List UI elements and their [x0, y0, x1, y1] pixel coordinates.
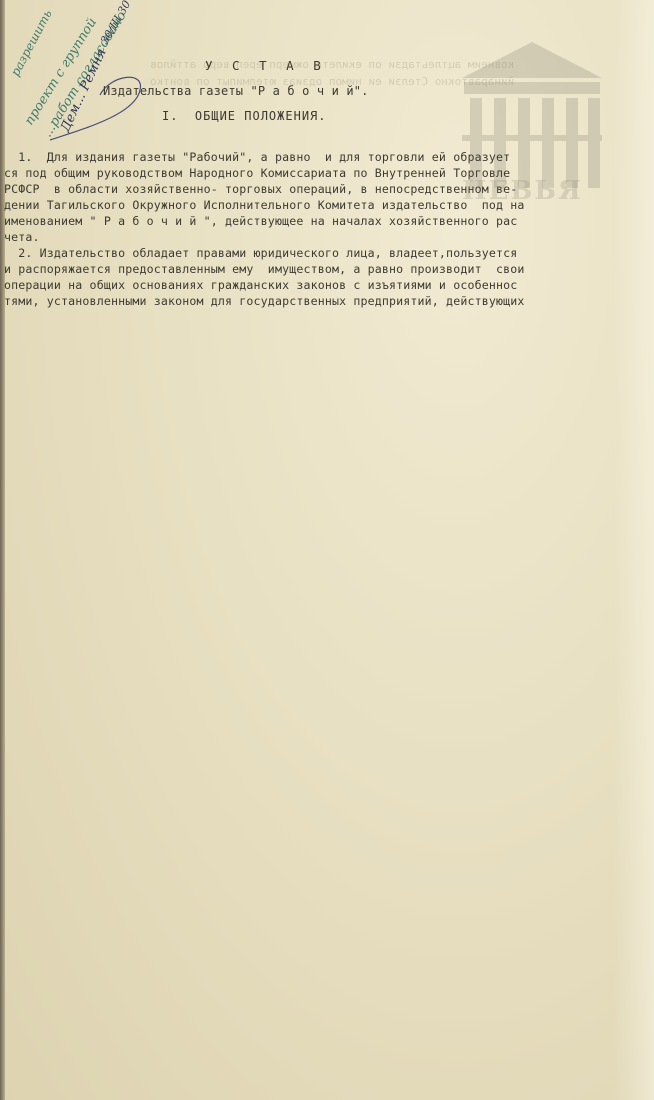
signature-loop-icon — [40, 70, 150, 150]
text-line: тями, установленными законом для государ… — [4, 294, 525, 308]
margin-note: разрешить — [8, 7, 55, 78]
document-page: ковнеим ацтлеьтадзи оп екилетс ожмерп ер… — [0, 0, 654, 1100]
page-right-shade — [614, 0, 654, 1100]
text-line: и распоряжается предоставленным ему имущ… — [4, 262, 525, 276]
text-line: ся под общим руководством Народного Коми… — [4, 166, 510, 180]
text-line: 2. Издательство обладает правами юридиче… — [4, 246, 517, 260]
date-note: 30/III 30 г. — [98, 0, 140, 47]
page-left-edge — [0, 0, 5, 1100]
text-line: чета. — [4, 230, 40, 244]
document-title: У С Т А В — [205, 58, 327, 73]
document-subtitle: Издательства газеты "Р а б о ч и й". — [103, 84, 369, 98]
text-line: дении Тагильского Окружного Исполнительн… — [4, 198, 525, 212]
text-line: операции на общих основаниях гражданских… — [4, 278, 517, 292]
text-line: 1. Для издания газеты "Рабочий", а равно… — [4, 150, 510, 164]
section-heading: I. ОБЩИЕ ПОЛОЖЕНИЯ. — [162, 109, 327, 123]
text-line: РСФСР в области хозяйственно- торговых о… — [4, 182, 517, 196]
text-line: именованием " Р а б о ч и й ", действующ… — [4, 214, 517, 228]
